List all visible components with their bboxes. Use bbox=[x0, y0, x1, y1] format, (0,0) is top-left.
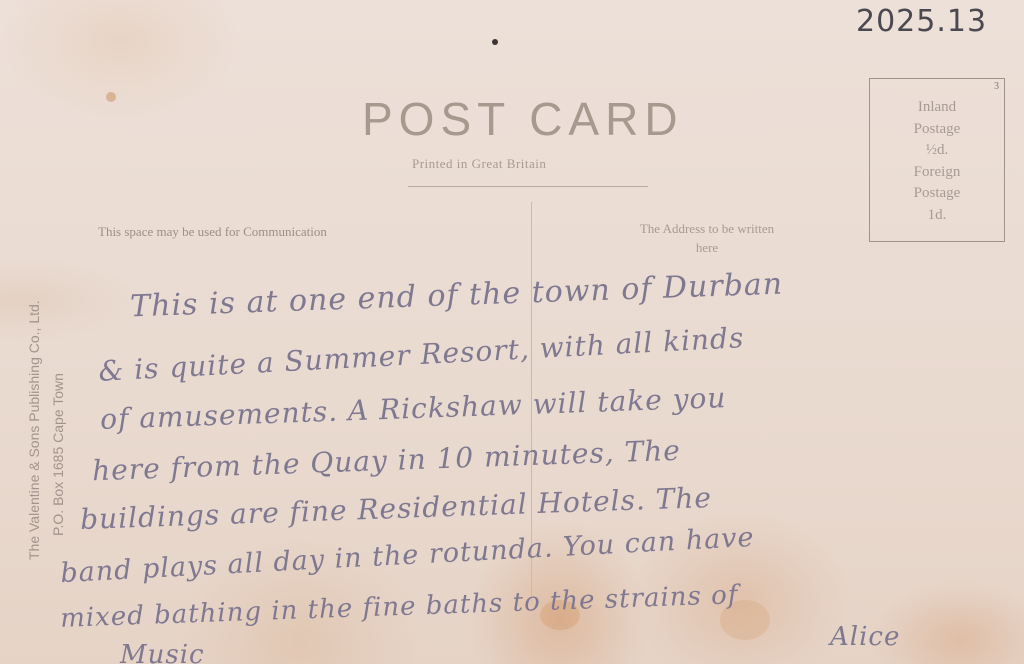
postcard-title: POST CARD bbox=[362, 92, 684, 146]
title-post: POST bbox=[362, 93, 510, 145]
handwritten-line: & is quite a Summer Resort, with all kin… bbox=[98, 321, 745, 388]
handwritten-line: This is at one end of the town of Durban bbox=[130, 267, 784, 325]
address-label: The Address to be written here bbox=[592, 219, 822, 257]
postage-line: Foreign bbox=[870, 162, 1004, 184]
catalog-number: 2025.13 bbox=[856, 4, 987, 39]
ink-dot bbox=[492, 39, 498, 45]
address-label-line2: here bbox=[592, 238, 822, 257]
handwritten-signature: Alice bbox=[830, 622, 900, 652]
stamp-box: 3 Inland Postage ½d. Foreign Postage 1d. bbox=[869, 78, 1005, 242]
header-divider bbox=[408, 186, 648, 187]
communication-label: This space may be used for Communication bbox=[98, 224, 327, 240]
publisher-imprint: The Valentine & Sons Publishing Co., Ltd… bbox=[22, 300, 70, 560]
address-label-line1: The Address to be written bbox=[592, 219, 822, 238]
publisher-address: P.O. Box 1685 Cape Town bbox=[46, 300, 70, 560]
postage-line: Inland bbox=[870, 97, 1004, 119]
handwritten-line: mixed bathing in the fine baths to the s… bbox=[60, 580, 739, 634]
handwritten-line: of amusements. A Rickshaw will take you bbox=[100, 381, 727, 436]
postage-line: Postage bbox=[870, 119, 1004, 141]
handwritten-line: Music bbox=[120, 640, 205, 664]
postcard-back: 2025.13 POST CARD Printed in Great Brita… bbox=[0, 0, 1024, 664]
printed-in-label: Printed in Great Britain bbox=[412, 156, 546, 172]
foxing-stain bbox=[106, 92, 116, 102]
postage-line: ½d. bbox=[870, 140, 1004, 162]
postage-line: 1d. bbox=[870, 205, 1004, 227]
handwritten-line: buildings are fine Residential Hotels. T… bbox=[80, 481, 713, 536]
postage-line: Postage bbox=[870, 183, 1004, 205]
publisher-name: The Valentine & Sons Publishing Co., Ltd… bbox=[22, 300, 46, 560]
stamp-box-number: 3 bbox=[994, 81, 999, 92]
handwritten-line: here from the Quay in 10 minutes, The bbox=[92, 434, 682, 488]
title-card: CARD bbox=[529, 93, 683, 145]
postage-rates: Inland Postage ½d. Foreign Postage 1d. bbox=[870, 97, 1004, 226]
